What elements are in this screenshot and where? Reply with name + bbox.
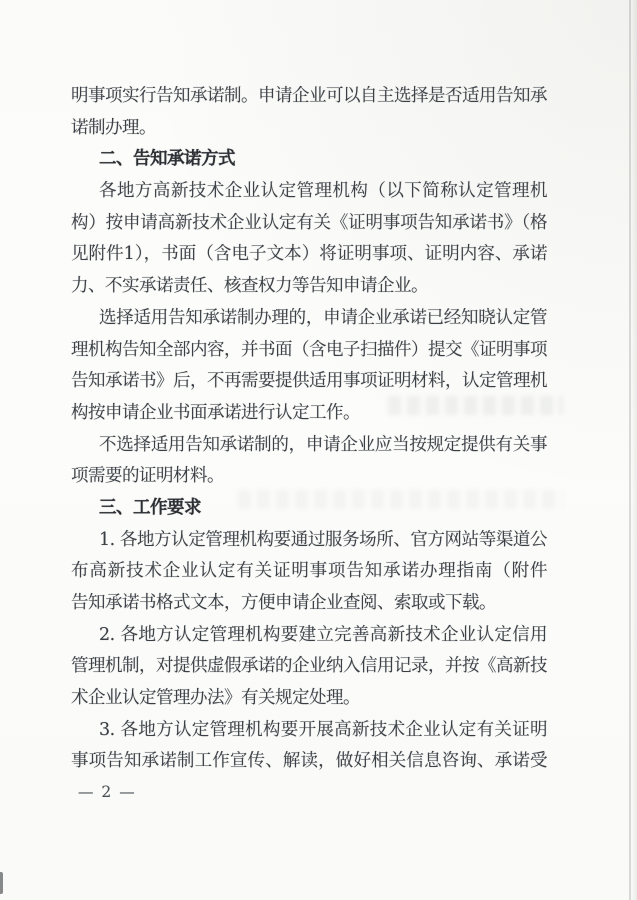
section-heading: 三、工作要求 <box>71 493 547 525</box>
text-line: 力、不实承诺责任、核查权力等告知申请企业。 <box>71 271 547 303</box>
scan-edge-mark <box>0 872 3 894</box>
page-number: — 2 — <box>78 783 136 801</box>
text-line: 项需要的证明材料。 <box>71 461 547 493</box>
section-heading: 二、告知承诺方式 <box>71 144 547 176</box>
text-line: 诺制办理。 <box>71 113 547 145</box>
text-line: 事项告知承诺制工作宣传、解读，做好相关信息咨询、承诺受理、 <box>71 746 547 778</box>
text-line: 各地方高新技术企业认定管理机构（以下简称认定管理机 <box>71 176 547 208</box>
text-line: 不选择适用告知承诺制的，申请企业应当按规定提供有关事 <box>71 430 547 462</box>
text-line: 选择适用告知承诺制办理的，申请企业承诺已经知晓认定管 <box>71 303 547 335</box>
text-line: 构按申请企业书面承诺进行认定工作。 <box>71 398 547 430</box>
scan-edge-band <box>631 0 637 900</box>
text-line: 术企业认定管理办法》有关规定处理。 <box>71 683 547 715</box>
text-line: 告知承诺书格式文本，方便申请企业查阅、索取或下载。 <box>71 588 547 620</box>
text-line: 见附件1），书面（含电子文本）将证明事项、证明内容、承诺效 <box>71 239 547 271</box>
text-line: 3. 各地方认定管理机构要开展高新技术企业认定有关证明 <box>71 715 547 747</box>
text-line: 布高新技术企业认定有关证明事项告知承诺办理指南（附件2）、 <box>71 556 547 588</box>
text-line: 理机构告知全部内容，并书面（含电子扫描件）提交《证明事项 <box>71 335 547 367</box>
text-line: 告知承诺书》后，不再需要提供适用事项证明材料，认定管理机 <box>71 366 547 398</box>
text-line: 管理机制，对提供虚假承诺的企业纳入信用记录，并按《高新技 <box>71 651 547 683</box>
text-line: 1. 各地方认定管理机构要通过服务场所、官方网站等渠道公 <box>71 525 547 557</box>
text-line: 2. 各地方认定管理机构要建立完善高新技术企业认定信用 <box>71 620 547 652</box>
text-line: 明事项实行告知承诺制。申请企业可以自主选择是否适用告知承 <box>71 81 547 113</box>
scanned-document-page: 明事项实行告知承诺制。申请企业可以自主选择是否适用告知承诺制办理。二、告知承诺方… <box>0 0 637 900</box>
document-body: 明事项实行告知承诺制。申请企业可以自主选择是否适用告知承诺制办理。二、告知承诺方… <box>71 81 547 778</box>
text-line: 构）按申请高新技术企业认定有关《证明事项告知承诺书》（格式 <box>71 208 547 240</box>
